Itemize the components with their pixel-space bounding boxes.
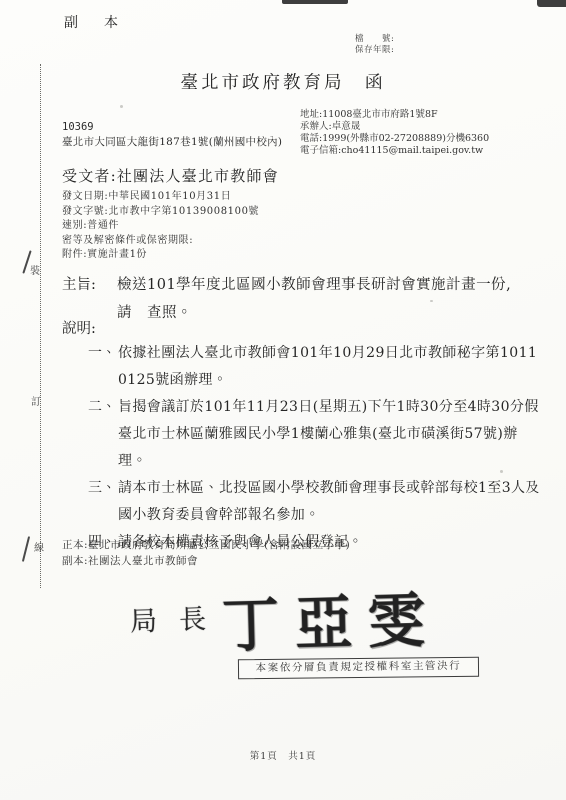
copy-type-label: 副 本: [64, 12, 124, 32]
issue-date-line: 發文日期:中華民國101年10月31日: [62, 190, 259, 205]
explanation-item-3: 三、 請本市士林區、北投區國小學校教師會理事長或幹部每校1至3人及國小教育委員會…: [88, 475, 544, 529]
item-text: 旨揭會議訂於101年11月23日(星期五)下午1時30分至4時30分假臺北市士林…: [118, 394, 544, 475]
scan-pen-mark: [22, 536, 30, 562]
priority-line: 速別:普通件: [62, 219, 259, 234]
explanation-items: 一、 依據社團法人臺北市教師會101年10月29日北市教師秘字第10110125…: [88, 340, 544, 556]
recipient-line: 受文者:社團法人臺北市教師會: [62, 165, 279, 186]
signer-title: 局長: [129, 596, 228, 638]
document-meta-block: 發文日期:中華民國101年10月31日 發文字號:北市教中字第101390081…: [62, 190, 259, 263]
attachment-line: 附件:實施計畫1份: [62, 248, 259, 263]
binding-mark-ding: 訂: [31, 393, 41, 408]
delegation-stamp: 本案依分層負責規定授權科室主管決行: [238, 657, 479, 680]
sender-contact-block: 地址:11008臺北市市府路1號8F 承辦人:卓意晟 電話:1999(外縣市02…: [300, 109, 489, 157]
contact-person: 承辦人:卓意晟: [300, 121, 489, 133]
file-number-block: 檔 號: 保存年限:: [355, 34, 394, 56]
page-number-footer: 第1頁 共1頁: [0, 748, 566, 762]
binding-mark-xian: 線: [34, 539, 44, 554]
item-number: 三、: [88, 475, 118, 529]
binding-mark-zhuang: 裝: [30, 262, 40, 277]
scan-speck: [120, 105, 123, 108]
original-recipients-line: 正本:臺北市政府教育局所屬公立國民小學(含附設國立小學): [62, 537, 350, 552]
retention-period-label: 保存年限:: [355, 45, 394, 56]
explanation-label: 說明:: [62, 317, 96, 338]
contact-phone: 電話:1999(外縣市02-27208889)分機6360: [300, 133, 489, 145]
item-text: 請本市士林區、北投區國小學校教師會理事長或幹部每校1至3人及國小教育委員會幹部報…: [118, 475, 544, 529]
recipient-street-address: 臺北市大同區大龍街187巷1號(蘭州國中校內): [62, 134, 282, 149]
director-signature: 丁亞雯: [221, 572, 442, 664]
file-number-label: 檔 號:: [355, 34, 394, 45]
subject-line-2: 請 查照。: [117, 305, 192, 321]
binding-dotted-line: [40, 64, 41, 588]
subject-line-1: 檢送101學年度北區國小教師會理事長研討會實施計畫一份,: [117, 277, 511, 293]
document-title: 臺北市政府教育局 函: [0, 69, 566, 94]
contact-email: 電子信箱:cho41115@mail.taipei.gov.tw: [300, 145, 489, 157]
sender-address: 地址:11008臺北市市府路1號8F: [300, 109, 489, 121]
item-number: 一、: [88, 340, 118, 394]
copy-recipients-line: 副本:社團法人臺北市教師會: [62, 553, 198, 568]
scan-artifact-top: [282, 0, 348, 4]
official-letter-page: 副 本 檔 號: 保存年限: 臺北市政府教育局 函 地址:11008臺北市市府路…: [0, 0, 566, 800]
explanation-item-1: 一、 依據社團法人臺北市教師會101年10月29日北市教師秘字第10110125…: [88, 340, 544, 394]
reference-number-line: 發文字號:北市教中字第10139008100號: [62, 205, 259, 220]
explanation-item-2: 二、 旨揭會議訂於101年11月23日(星期五)下午1時30分至4時30分假臺北…: [88, 394, 544, 475]
classification-line: 密等及解密條件或保密期限:: [62, 234, 259, 249]
scan-artifact-corner: [537, 0, 566, 7]
item-text: 依據社團法人臺北市教師會101年10月29日北市教師秘字第10110125號函辦…: [118, 340, 544, 394]
item-number: 二、: [88, 394, 118, 475]
subject-section: 主旨: 檢送101學年度北區國小教師會理事長研討會實施計畫一份,請 查照。: [62, 271, 542, 327]
recipient-zip-code: 10369: [62, 121, 94, 133]
subject-text: 檢送101學年度北區國小教師會理事長研討會實施計畫一份,請 查照。: [117, 271, 542, 327]
